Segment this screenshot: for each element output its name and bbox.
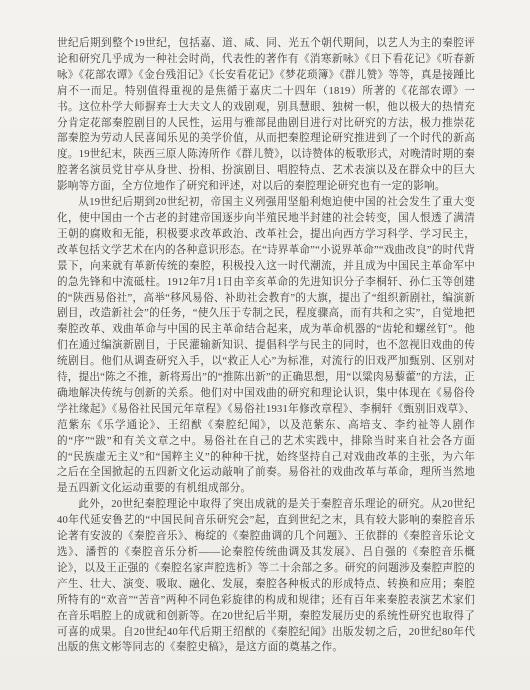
paragraph: 此外，20世纪秦腔理论中取得了突出成就的是关于秦腔音乐理论的研究。从20世纪40… [57,497,475,656]
paragraph: 从19世纪后期到20世纪初，帝国主义列强用坚船利炮迫使中国的社会发生了重大变化，… [57,195,475,497]
paragraph: 世纪后期到整个19世纪，包括嘉、道、咸、同、光五个朝代期间，以艺人为主的秦腔评论… [57,36,475,195]
body-text-block: 世纪后期到整个19世纪，包括嘉、道、咸、同、光五个朝代期间，以艺人为主的秦腔评论… [57,36,475,656]
document-page: 世纪后期到整个19世纪，包括嘉、道、咸、同、光五个朝代期间，以艺人为主的秦腔评论… [0,0,530,690]
